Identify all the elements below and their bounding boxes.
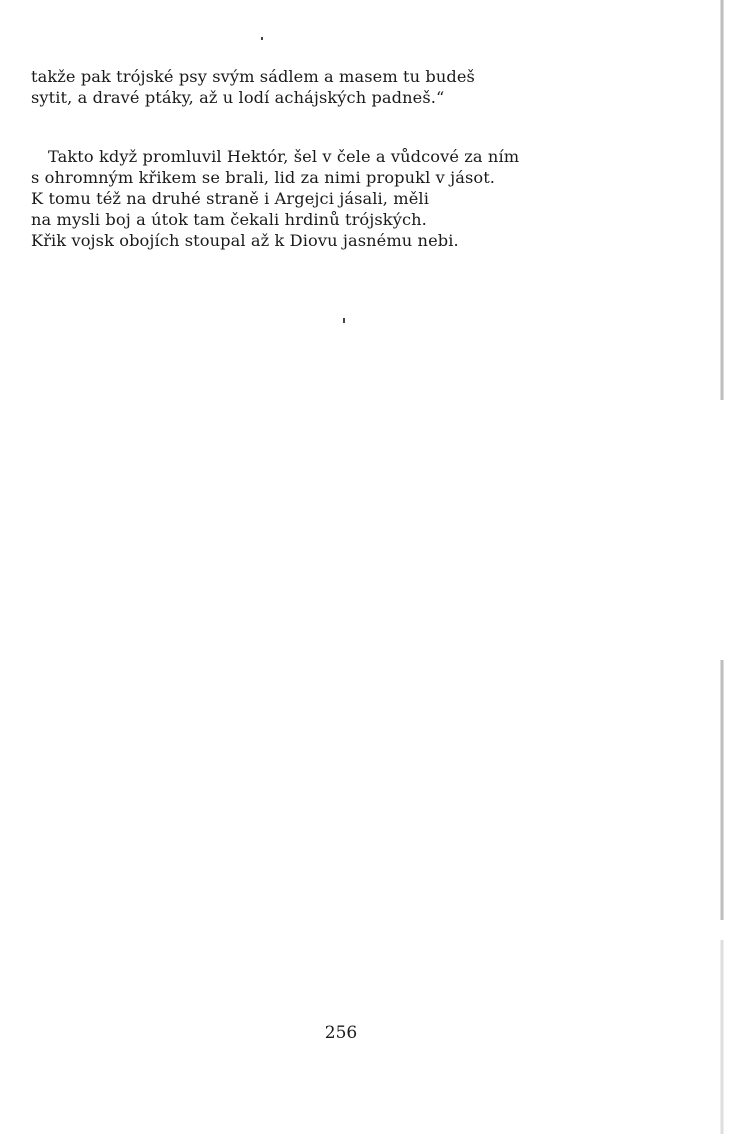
stanza-2: Takto když promluvil Hektór, šel v čele … bbox=[31, 146, 671, 251]
page-number-text: 256 bbox=[325, 1023, 357, 1043]
verse-line: s ohromným křikem se brali, lid za nimi … bbox=[31, 167, 671, 188]
verse-line: takže pak trójské psy svým sádlem a mase… bbox=[31, 66, 671, 87]
book-page: takže pak trójské psy svým sádlem a mase… bbox=[0, 0, 738, 1134]
scan-speck bbox=[343, 318, 345, 323]
page-edge-shadow bbox=[720, 660, 724, 920]
page-edge-shadow bbox=[720, 0, 724, 400]
stanza-1: takže pak trójské psy svým sádlem a mase… bbox=[31, 66, 671, 108]
verse-line: na mysli boj a útok tam čekali hrdinů tr… bbox=[31, 209, 671, 230]
page-number: 256 bbox=[0, 1023, 738, 1043]
verse-line: Křik vojsk obojích stoupal až k Diovu ja… bbox=[31, 230, 671, 251]
verse-line: sytit, a dravé ptáky, až u lodí achájský… bbox=[31, 87, 671, 108]
scan-speck bbox=[261, 37, 263, 40]
verse-line: K tomu též na druhé straně i Argejci jás… bbox=[31, 188, 671, 209]
verse-line-indented: Takto když promluvil Hektór, šel v čele … bbox=[31, 146, 671, 167]
